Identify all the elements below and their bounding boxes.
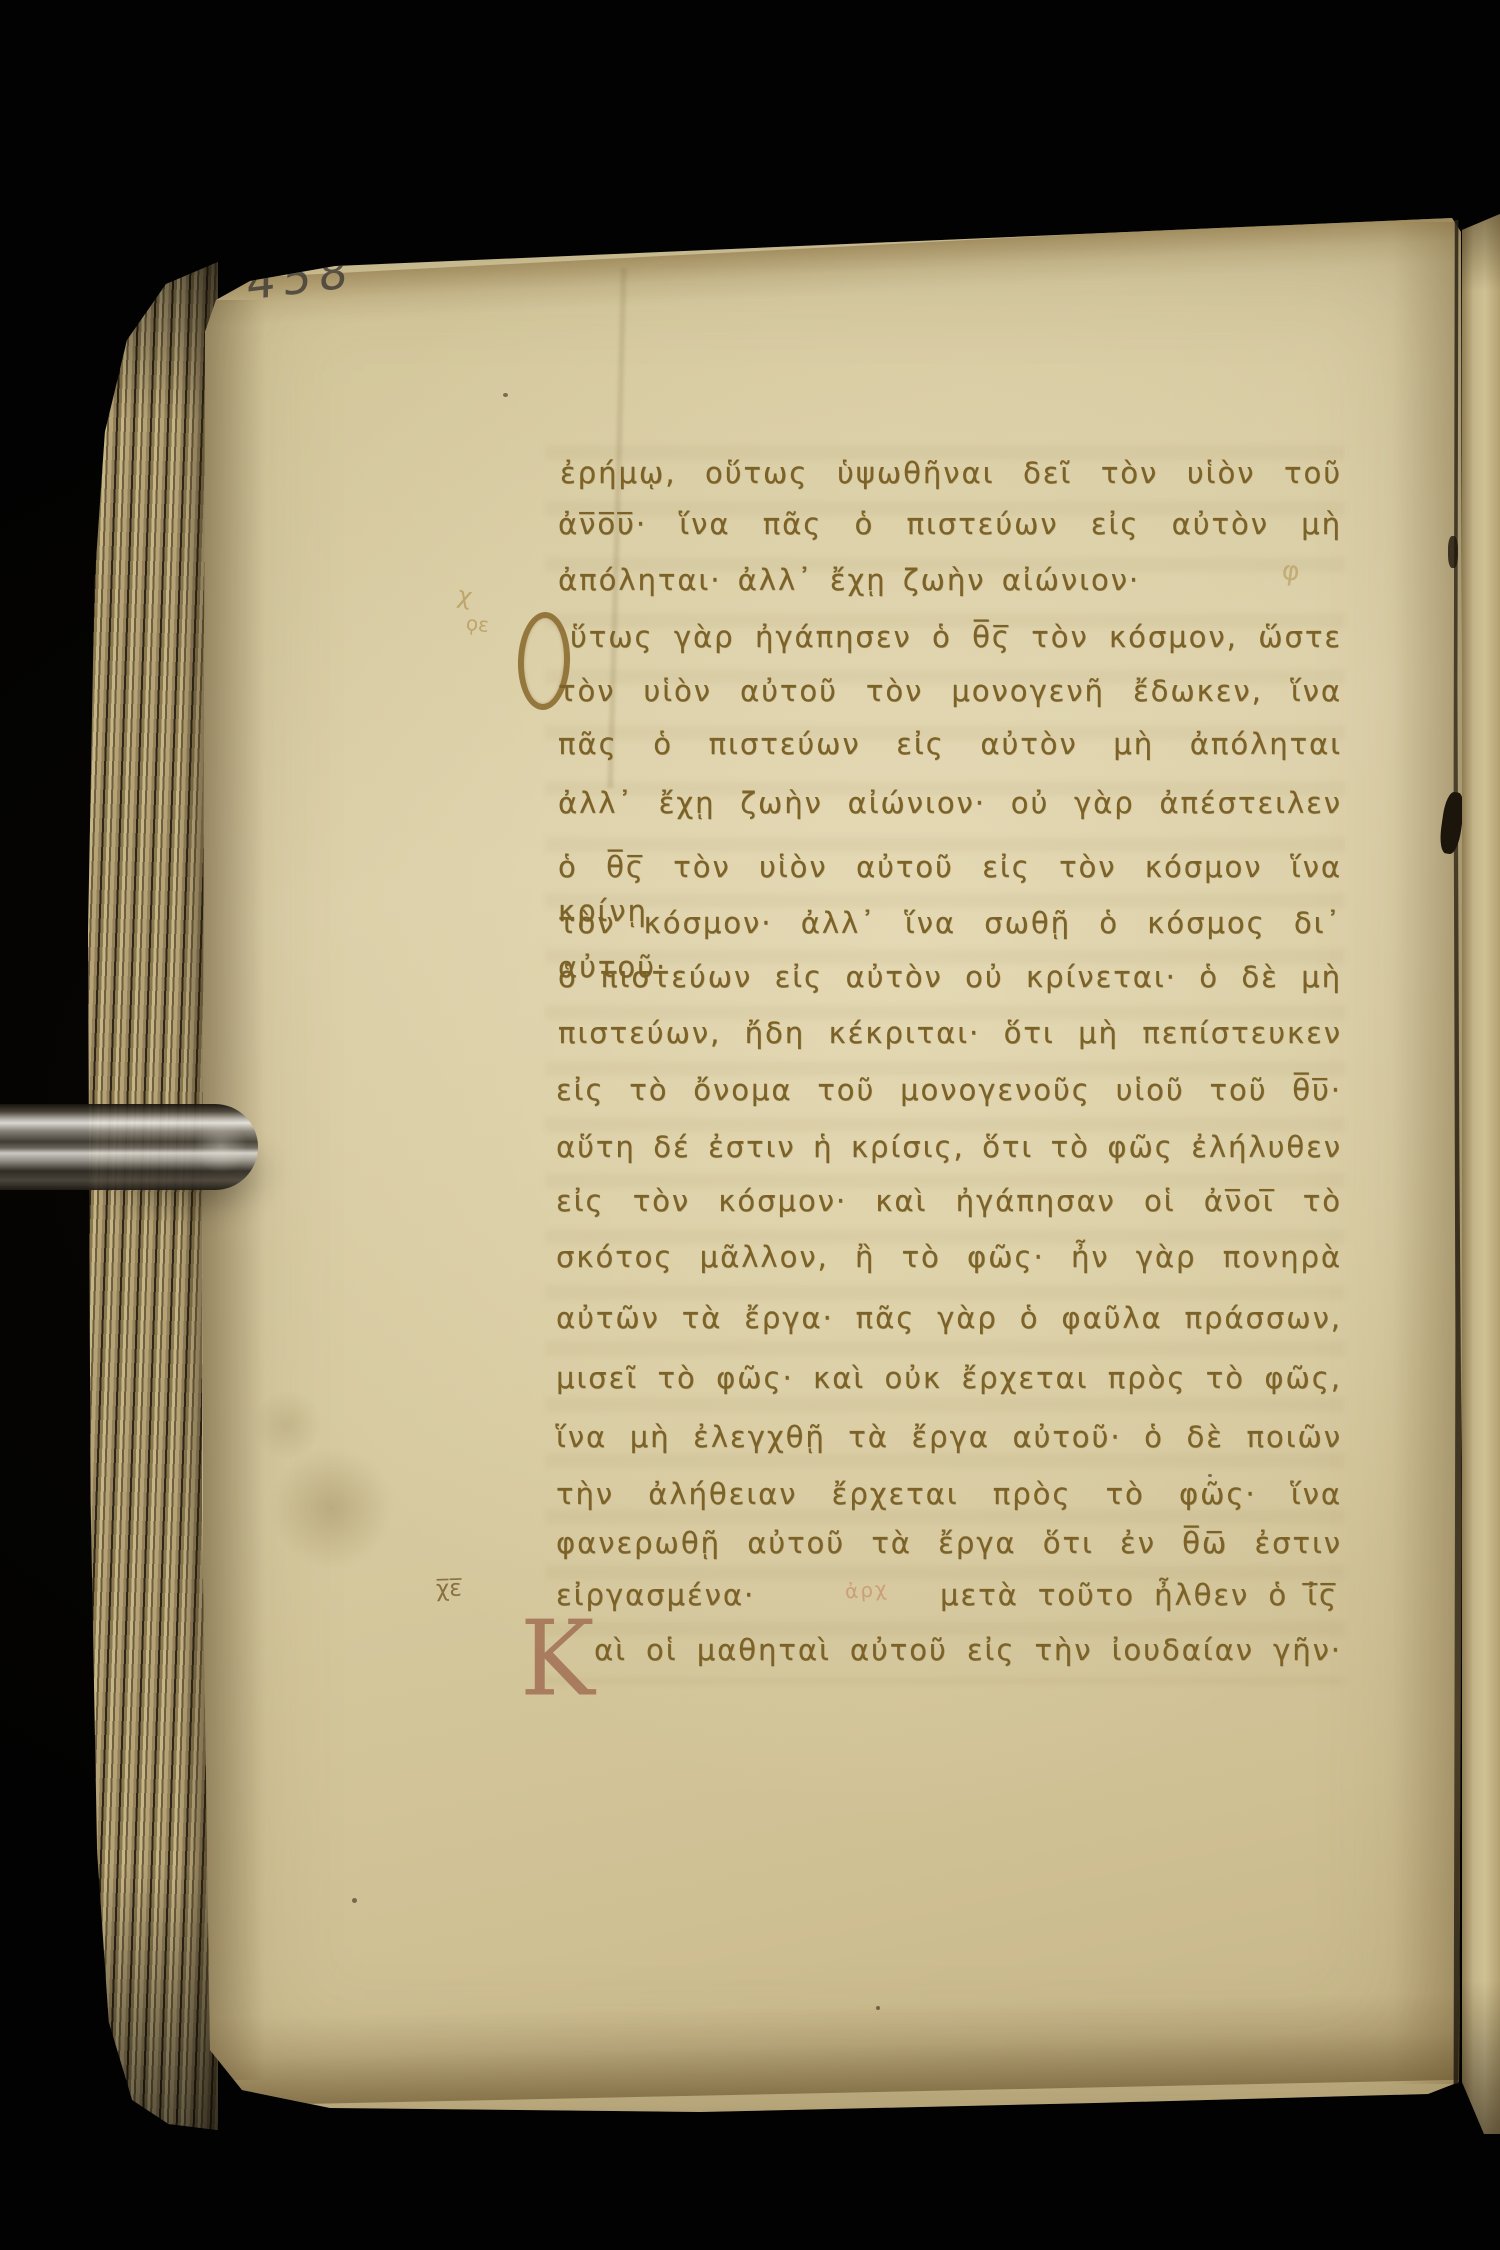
page-holder xyxy=(0,1092,330,1282)
manuscript-text-line: φανερωθῇ αὐτοῦ τὰ ἔργα ὅτι ἐν θ̅ω̅ ἐστιν xyxy=(556,1521,1342,1565)
facing-page-sliver xyxy=(1462,214,1500,2134)
manuscript-text-line: ἀπόληται· ἀλλ᾽ ἔχῃ ζωὴν αἰώνιον· xyxy=(558,558,1140,602)
page-holder-rod[interactable] xyxy=(0,1104,258,1190)
manuscript-text-line: αὕτη δέ ἐστιν ἡ κρίσις, ὅτι τὸ φῶς ἐλήλυ… xyxy=(556,1125,1342,1169)
manuscript-text-line: αὶ οἱ μαθηταὶ αὐτοῦ εἰς τὴν ἰουδαίαν γῆν… xyxy=(594,1628,1342,1672)
rubric-lection-mark: ἀρχ xyxy=(844,1567,890,1614)
manuscript-photo: 458 χ ϙε φ χ̅ε̅ Κ ἐρήμῳ, οὕτως ὑψωθῆναι … xyxy=(0,0,1500,2250)
manuscript-text-line: εἰς τὸ ὄνομα τοῦ μονογενοῦς υἱοῦ τοῦ θ̅υ… xyxy=(556,1068,1342,1112)
manuscript-text-line: ἵνα μὴ ἐλεγχθῇ τὰ ἔργα αὐτοῦ· ὁ δὲ ποιῶν xyxy=(556,1415,1342,1459)
manuscript-text-line: ὁ πιστεύων εἰς αὐτὸν οὐ κρίνεται· ὁ δὲ μ… xyxy=(558,955,1342,999)
manuscript-text-line: ἐρήμῳ, οὕτως ὑψωθῆναι δεῖ τὸν υἱὸν τοῦ xyxy=(560,451,1342,495)
manuscript-text-line: ὁ θ̅ς̅ τὸν υἱὸν αὐτοῦ εἰς τὸν κόσμον ἵνα… xyxy=(558,845,1342,889)
manuscript-text-line: εἰς τὸν κόσμον· καὶ ἠγάπησαν οἱ ἀν̅οι̅ τ… xyxy=(556,1179,1342,1223)
manuscript-text-line: ἀλλ᾽ ἔχῃ ζωὴν αἰώνιον· οὐ γὰρ ἀπέστειλεν xyxy=(558,781,1342,825)
manuscript-text-line: αὐτῶν τὰ ἔργα· πᾶς γὰρ ὁ φαῦλα πράσσων, xyxy=(556,1296,1342,1340)
manuscript-text-line: ἀν̅ο̅υ̅· ἵνα πᾶς ὁ πιστεύων εἰς αὐτὸν μὴ xyxy=(558,502,1342,546)
manuscript-text-line: μετὰ τοῦτο ἦλθεν ὁ ἰ̅ς̅ xyxy=(940,1573,1338,1617)
manuscript-text-line: σκότος μᾶλλον, ἢ τὸ φῶς· ἦν γὰρ πονηρὰ xyxy=(556,1235,1342,1279)
manuscript-text-line: τὴν ἀλήθειαν ἔρχεται πρὸς τὸ φῶς· ἵνα xyxy=(556,1472,1342,1516)
manuscript-text-line: πᾶς ὁ πιστεύων εἰς αὐτὸν μὴ ἀπόληται xyxy=(558,722,1342,766)
manuscript-text-line: ὕτως γὰρ ἠγάπησεν ὁ θ̅ς̅ τὸν κόσμον, ὥστ… xyxy=(570,615,1342,659)
manuscript-text-line: τὸν υἱὸν αὐτοῦ τὸν μονογενῆ ἔδωκεν, ἵνα xyxy=(558,669,1342,713)
manuscript-text-line: μισεῖ τὸ φῶς· καὶ οὐκ ἔρχεται πρὸς τὸ φῶ… xyxy=(556,1356,1342,1400)
manuscript-text-line: πιστεύων, ἤδη κέκριται· ὅτι μὴ πεπίστευκ… xyxy=(558,1011,1342,1055)
manuscript-text-line: τὸν κόσμον· ἀλλ᾽ ἵνα σωθῇ ὁ κόσμος δι᾽ α… xyxy=(558,901,1342,945)
manuscript-text-line: εἰργασμένα· xyxy=(556,1573,755,1617)
gutter-seam-notch xyxy=(1448,536,1458,568)
